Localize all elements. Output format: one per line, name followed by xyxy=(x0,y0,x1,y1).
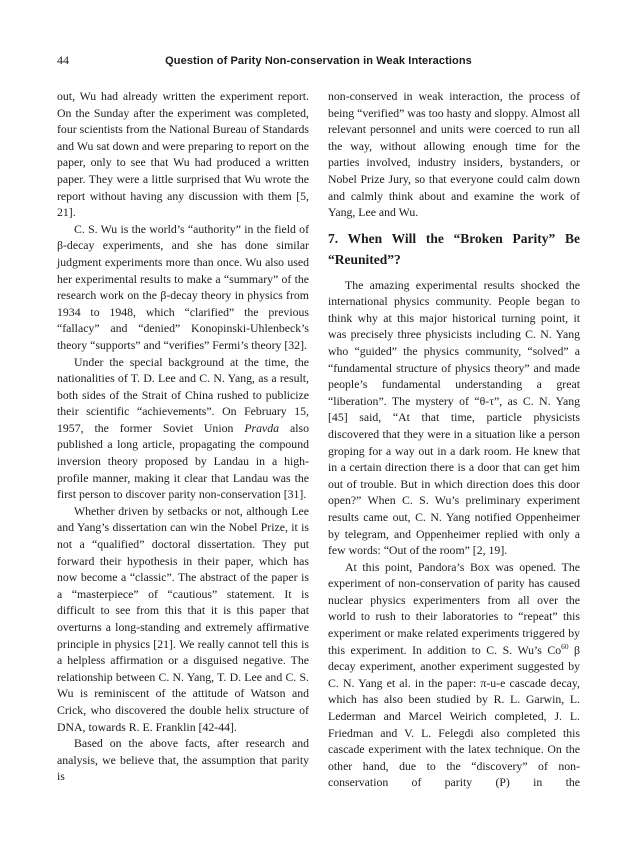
paragraph: out, Wu had already written the experime… xyxy=(57,88,309,221)
page-number: 44 xyxy=(57,53,117,68)
text-segment: out, Wu had already written the experime… xyxy=(57,89,309,219)
text-segment: non-conserved in weak interaction, the p… xyxy=(328,89,580,219)
running-head-title: Question of Parity Non-conservation in W… xyxy=(117,55,520,67)
right-column: non-conserved in weak interaction, the p… xyxy=(328,88,580,791)
two-column-body: out, Wu had already written the experime… xyxy=(57,88,580,791)
paragraph: non-conserved in weak interaction, the p… xyxy=(328,88,580,221)
text-segment-italic: Pravda xyxy=(244,421,279,435)
text-segment: At this point, Pandora’s Box was opened.… xyxy=(328,560,580,657)
section-heading: 7. When Will the “Broken Parity” Be “Reu… xyxy=(328,229,580,271)
paragraph: C. S. Wu is the world’s “authority” in t… xyxy=(57,221,309,354)
paragraph: Based on the above facts, after research… xyxy=(57,735,309,785)
document-page: 44 Question of Parity Non-conservation i… xyxy=(0,0,636,863)
text-segment: Based on the above facts, after research… xyxy=(57,736,309,783)
text-segment: β decay experiment, another experiment s… xyxy=(328,643,580,790)
text-segment: The amazing experimental results shocked… xyxy=(328,278,580,558)
text-segment: C. S. Wu is the world’s “authority” in t… xyxy=(57,222,309,352)
text-segment: Whether driven by setbacks or not, altho… xyxy=(57,504,309,734)
paragraph: Under the special background at the time… xyxy=(57,354,309,503)
running-head: 44 Question of Parity Non-conservation i… xyxy=(57,53,580,68)
left-column: out, Wu had already written the experime… xyxy=(57,88,309,791)
paragraph: Whether driven by setbacks or not, altho… xyxy=(57,503,309,735)
paragraph: The amazing experimental results shocked… xyxy=(328,277,580,559)
paragraph: At this point, Pandora’s Box was opened.… xyxy=(328,559,580,791)
